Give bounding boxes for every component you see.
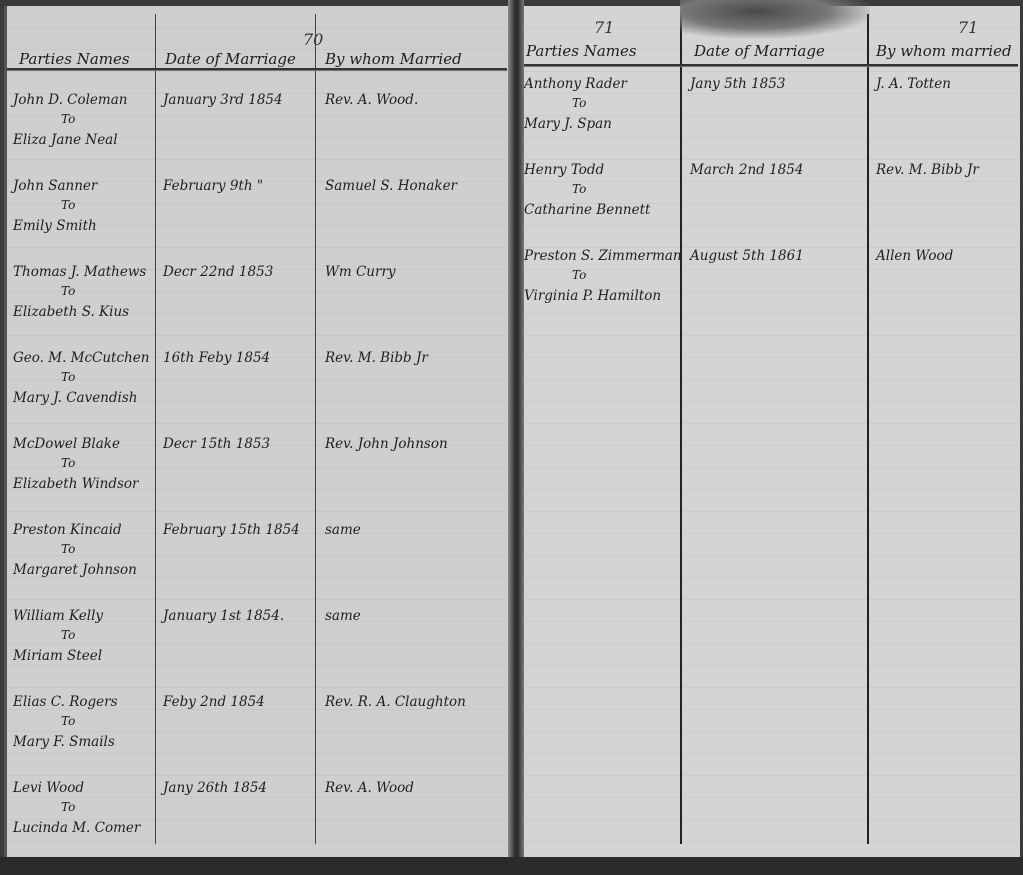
officiant: Rev. A. Wood: [325, 780, 414, 796]
bride-name: Mary J. Span: [524, 116, 612, 132]
bride-name: Lucinda M. Comer: [13, 820, 140, 836]
officiant: Rev. A. Wood.: [325, 92, 418, 108]
header-rule: [522, 64, 1018, 67]
header-rule: [7, 68, 507, 71]
to-connector: To: [61, 112, 75, 126]
groom-name: William Kelly: [13, 608, 103, 624]
groom-name: Elias C. Rogers: [13, 694, 118, 710]
to-connector: To: [61, 198, 75, 212]
to-connector: To: [61, 542, 75, 556]
header-by-whom-married: By whom married: [876, 42, 1012, 60]
marriage-date: Feby 2nd 1854: [163, 694, 265, 710]
officiant: Samuel S. Honaker: [325, 178, 457, 194]
page-number: 71: [594, 18, 614, 37]
officiant: same: [325, 608, 361, 624]
marriage-date: February 9th ": [163, 178, 263, 194]
scan-edge-bottom: [0, 857, 1023, 875]
to-connector: To: [572, 182, 586, 196]
bride-name: Virginia P. Hamilton: [524, 288, 661, 304]
officiant: Rev. M. Bibb Jr: [876, 162, 979, 178]
to-connector: To: [572, 96, 586, 110]
bride-name: Eliza Jane Neal: [13, 132, 118, 148]
groom-name: McDowel Blake: [13, 436, 120, 452]
to-connector: To: [61, 456, 75, 470]
marriage-date: Jany 5th 1853: [690, 76, 785, 92]
marriage-date: Decr 22nd 1853: [163, 264, 273, 280]
marriage-date: January 3rd 1854: [163, 92, 283, 108]
ink-stain: [680, 0, 870, 38]
column-divider: [867, 14, 869, 844]
column-divider: [315, 14, 316, 844]
marriage-date: August 5th 1861: [690, 248, 804, 264]
groom-name: John Sanner: [13, 178, 97, 194]
groom-name: Anthony Rader: [524, 76, 627, 92]
bride-name: Elizabeth S. Kius: [13, 304, 129, 320]
to-connector: To: [61, 284, 75, 298]
register-scan: 70 Parties Names Date of Marriage By who…: [0, 0, 1023, 875]
column-divider: [680, 14, 682, 844]
right-page: 71 71 Parties Names Date of Marriage By …: [522, 6, 1020, 858]
bride-name: Elizabeth Windsor: [13, 476, 139, 492]
bride-name: Miriam Steel: [13, 648, 102, 664]
groom-name: John D. Coleman: [13, 92, 127, 108]
officiant: Rev. John Johnson: [325, 436, 448, 452]
marriage-date: March 2nd 1854: [690, 162, 803, 178]
officiant: Wm Curry: [325, 264, 396, 280]
to-connector: To: [572, 268, 586, 282]
marriage-date: Jany 26th 1854: [163, 780, 267, 796]
groom-name: Thomas J. Mathews: [13, 264, 146, 280]
bride-name: Mary F. Smails: [13, 734, 115, 750]
officiant: J. A. Totten: [876, 76, 951, 92]
header-parties-names: Parties Names: [19, 50, 130, 68]
groom-name: Henry Todd: [524, 162, 604, 178]
groom-name: Levi Wood: [13, 780, 84, 796]
column-divider: [155, 14, 156, 844]
header-parties-names: Parties Names: [526, 42, 637, 60]
bride-name: Emily Smith: [13, 218, 97, 234]
bride-name: Margaret Johnson: [13, 562, 137, 578]
left-page: 70 Parties Names Date of Marriage By who…: [4, 6, 513, 858]
marriage-date: January 1st 1854.: [163, 608, 284, 624]
to-connector: To: [61, 370, 75, 384]
header-date-of-marriage: Date of Marriage: [165, 50, 296, 68]
officiant: same: [325, 522, 361, 538]
groom-name: Preston Kincaid: [13, 522, 122, 538]
page-number-alt: 71: [958, 18, 978, 37]
page-number: 70: [303, 30, 323, 49]
marriage-date: Decr 15th 1853: [163, 436, 270, 452]
marriage-date: February 15th 1854: [163, 522, 300, 538]
book-gutter: [508, 0, 524, 875]
header-by-whom-married: By whom Married: [325, 50, 462, 68]
header-date-of-marriage: Date of Marriage: [694, 42, 825, 60]
marriage-date: 16th Feby 1854: [163, 350, 270, 366]
to-connector: To: [61, 714, 75, 728]
officiant: Allen Wood: [876, 248, 953, 264]
groom-name: Preston S. Zimmerman: [524, 248, 682, 264]
bride-name: Catharine Bennett: [524, 202, 650, 218]
to-connector: To: [61, 800, 75, 814]
officiant: Rev. M. Bibb Jr: [325, 350, 428, 366]
to-connector: To: [61, 628, 75, 642]
officiant: Rev. R. A. Claughton: [325, 694, 466, 710]
bride-name: Mary J. Cavendish: [13, 390, 137, 406]
groom-name: Geo. M. McCutchen: [13, 350, 149, 366]
